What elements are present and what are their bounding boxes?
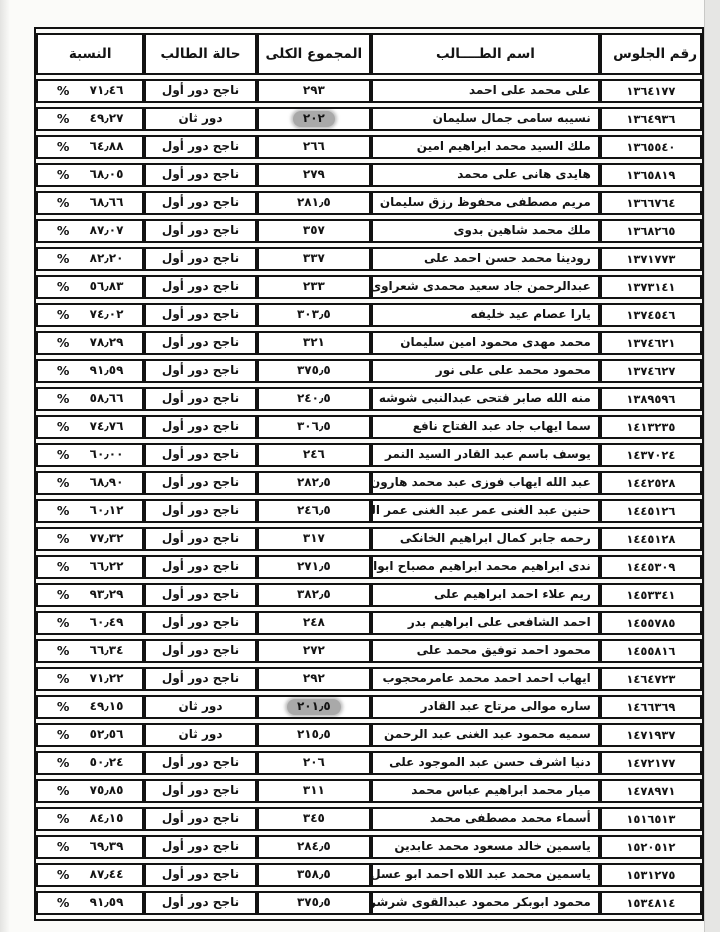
percent-wrap: % ٧٥٫٨٥ [38,784,142,798]
percent-sign: % [57,616,70,630]
percent-wrap: % ٧٤٫٧٦ [38,420,142,434]
status-cell: ناجح دور أول [144,611,256,635]
student-name-cell: ياسمين خالد مسعود محمد عابدين [371,835,600,859]
percent-sign: % [57,140,70,154]
total-score-value: ٣٠٦٫٥ [287,419,341,434]
status-cell: ناجح دور أول [144,163,256,187]
total-score-cell: ٢٩٢ [257,667,371,691]
status-cell: ناجح دور أول [144,807,256,831]
table-row: ١٥٢٠٥١٢ ياسمين خالد مسعود محمد عابدين ٢٨… [36,835,702,859]
table-row: ١٣٧٣١٤١ عبدالرحمن جاد سعيد محمدى شعراوى … [36,275,702,299]
table-row: ١٤١٣٢٣٥ سما ايهاب جاد عبد الفتاح نافع ٣٠… [36,415,702,439]
percent-wrap: % ٥٨٫٦٦ [38,392,142,406]
percent-cell: % ٦٨٫٦٦ [36,191,144,215]
table-row: ١٣٦٤٩٣٦ نسيبه سامى جمال سليمان ٢٠٢ دور ث… [36,107,702,131]
percent-value: ٦٨٫٦٦ [83,196,123,209]
table-row: ١٤٤٥١٢٦ حنين عبد الغنى عمر عبد الغنى عمر… [36,499,702,523]
total-score-cell: ٢٩٣ [257,79,371,103]
total-score-cell: ٢٠٢ [257,107,371,131]
percent-value: ٧٤٫٧٦ [83,420,123,433]
percent-wrap: % ٦٠٫٠٠ [38,448,142,462]
total-score-value: ٣٥٧ [293,223,335,238]
percent-sign: % [57,812,70,826]
total-score-value: ٢٤٠٫٥ [287,391,341,406]
header-percentage: النسبة [36,33,144,75]
total-score-value: ٢٤٦٫٥ [287,503,341,518]
total-score-cell: ٣١٧ [257,527,371,551]
table-row: ١٤٤٢٥٢٨ عبد الله ايهاب فوزى عبد محمد هار… [36,471,702,495]
total-score-value: ٣٣٧ [293,251,335,266]
total-score-value: ٢١٥٫٥ [287,727,341,742]
percent-value: ٦٦٫٣٤ [83,644,123,657]
seat-number-cell: ١٣٦٥٨١٩ [600,163,702,187]
seat-number-cell: ١٤٤٥١٢٦ [600,499,702,523]
total-score-cell: ٢٨٤٫٥ [257,835,371,859]
percent-sign: % [57,168,70,182]
percent-cell: % ٥٠٫٢٤ [36,751,144,775]
percent-cell: % ٧٤٫٧٦ [36,415,144,439]
header-seat-number: رقم الجلوس [600,33,702,75]
percent-sign: % [57,868,70,882]
percent-wrap: % ٧٧٫٣٢ [38,532,142,546]
status-cell: ناجح دور أول [144,835,256,859]
percent-cell: % ٦٠٫٠٠ [36,443,144,467]
percent-value: ٦٠٫١٢ [83,504,123,517]
student-name-cell: دنيا اشرف حسن عبد الموجود على [371,751,600,775]
total-score-value: ٢٠١٫٥ [287,699,341,714]
percent-wrap: % ٦٩٫٣٩ [38,840,142,854]
table-row: ١٣٦٥٥٤٠ ملك السيد محمد ابراهيم امين ٢٦٦ … [36,135,702,159]
percent-value: ٨٧٫٠٧ [83,224,123,237]
seat-number-cell: ١٣٨٩٥٩٦ [600,387,702,411]
student-name-cell: رحمه جابر كمال ابراهيم الخانكى [371,527,600,551]
student-name-cell: سما ايهاب جاد عبد الفتاح نافع [371,415,600,439]
status-cell: ناجح دور أول [144,79,256,103]
percent-value: ٥٢٫٥٦ [83,728,123,741]
status-cell: ناجح دور أول [144,415,256,439]
seat-number-cell: ١٥٣١٢٧٥ [600,863,702,887]
percent-sign: % [57,476,70,490]
percent-sign: % [57,196,70,210]
percent-value: ٩١٫٥٩ [83,364,123,377]
total-score-value: ٢٠٦ [293,755,335,770]
percent-cell: % ٨٧٫٤٤ [36,863,144,887]
percent-value: ٧١٫٤٦ [83,84,123,97]
status-cell: ناجح دور أول [144,331,256,355]
total-score-cell: ٢٤٦ [257,443,371,467]
percent-wrap: % ٦٨٫٦٦ [38,196,142,210]
student-name-cell: عبدالرحمن جاد سعيد محمدى شعراوى [371,275,600,299]
percent-cell: % ٥٦٫٨٣ [36,275,144,299]
seat-number-cell: ١٣٧٤٥٤٦ [600,303,702,327]
table-row: ١٣٨٩٥٩٦ منه الله صابر فتحى عبدالنبى شوشه… [36,387,702,411]
student-name-cell: ريم علاء احمد ابراهيم على [371,583,600,607]
percent-sign: % [57,336,70,350]
status-cell: ناجح دور أول [144,891,256,915]
percent-wrap: % ٦٤٫٨٨ [38,140,142,154]
percent-value: ٦٤٫٨٨ [83,140,123,153]
seat-number-cell: ١٤٤٥١٢٨ [600,527,702,551]
total-score-cell: ٢٧١٫٥ [257,555,371,579]
percent-value: ٧٨٫٢٩ [83,336,123,349]
total-score-value: ٢٧٢ [293,643,335,658]
percent-cell: % ٧١٫٢٢ [36,667,144,691]
percent-sign: % [57,224,70,238]
percent-wrap: % ٩١٫٥٩ [38,364,142,378]
seat-number-cell: ١٣٧٤٦٢١ [600,331,702,355]
seat-number-cell: ١٤٤٥٣٠٩ [600,555,702,579]
status-cell: ناجح دور أول [144,219,256,243]
total-score-value: ٢٨٤٫٥ [287,839,341,854]
percent-wrap: % ٥٢٫٥٦ [38,728,142,742]
percent-wrap: % ٥٠٫٢٤ [38,756,142,770]
status-cell: ناجح دور أول [144,639,256,663]
total-score-value: ٣٨٢٫٥ [287,587,341,602]
student-results-table: رقم الجلوس اسم الطــــالب المجموع الكلى … [36,29,702,919]
percent-sign: % [57,308,70,322]
seat-number-cell: ١٣٦٨٢٦٥ [600,219,702,243]
student-name-cell: احمد الشافعى على ابراهيم بدر [371,611,600,635]
table-row: ١٥٣١٢٧٥ ياسمين محمد عبد اللاه احمد ابو ع… [36,863,702,887]
student-name-cell: محمود محمد على على نور [371,359,600,383]
status-cell: ناجح دور أول [144,247,256,271]
total-score-cell: ٢٨٢٫٥ [257,471,371,495]
table-row: ١٤٦٤٧٢٣ ايهاب احمد احمد محمد عامرمحجوب ٢… [36,667,702,691]
percent-value: ٦٨٫٠٥ [83,168,123,181]
seat-number-cell: ١٣٦٦٧٦٤ [600,191,702,215]
percent-cell: % ٤٩٫٢٧ [36,107,144,131]
status-cell: ناجح دور أول [144,527,256,551]
table-row: ١٣٧١٧٧٣ رودينا محمد حسن احمد على ٣٣٧ ناج… [36,247,702,271]
percent-value: ٦٠٫٤٩ [83,616,123,629]
total-score-value: ٣١٧ [293,531,335,546]
status-cell: ناجح دور أول [144,583,256,607]
student-name-cell: سميه محمود عبد الغنى عبد الرحمن [371,723,600,747]
percent-value: ٤٩٫١٥ [83,700,123,713]
percent-cell: % ٨٧٫٠٧ [36,219,144,243]
total-score-cell: ٢٣٣ [257,275,371,299]
total-score-cell: ٢٠٦ [257,751,371,775]
percent-wrap: % ٩٣٫٢٩ [38,588,142,602]
percent-cell: % ٦٦٫٣٤ [36,639,144,663]
percent-value: ٧٤٫٠٢ [83,308,123,321]
percent-value: ٧٧٫٣٢ [83,532,123,545]
total-score-cell: ٣٧٥٫٥ [257,359,371,383]
total-score-value: ٢٩٣ [293,83,335,98]
seat-number-cell: ١٥٣٤٨١٤ [600,891,702,915]
total-score-cell: ٢٠١٫٥ [257,695,371,719]
percent-value: ٦٨٫٩٠ [83,476,123,489]
student-name-cell: ملك محمد شاهين بدوى [371,219,600,243]
student-name-cell: ياسمين محمد عبد اللاه احمد ابو عسل [371,863,600,887]
header-total-score: المجموع الكلى [257,33,371,75]
total-score-value: ٢٤٦ [293,447,335,462]
student-name-cell: مريم مصطفى محفوظ رزق سليمان [371,191,600,215]
total-score-cell: ٣٨٢٫٥ [257,583,371,607]
total-score-cell: ٢١٥٫٥ [257,723,371,747]
seat-number-cell: ١٣٦٥٥٤٠ [600,135,702,159]
total-score-cell: ٣٢١ [257,331,371,355]
percent-value: ٤٩٫٢٧ [83,112,123,125]
status-cell: ناجح دور أول [144,667,256,691]
percent-cell: % ٦٠٫١٢ [36,499,144,523]
percent-sign: % [57,840,70,854]
status-cell: ناجح دور أول [144,863,256,887]
percent-cell: % ٦٨٫٩٠ [36,471,144,495]
total-score-cell: ٣٤٥ [257,807,371,831]
table-row: ١٣٦٤١٧٧ على محمد على احمد ٢٩٣ ناجح دور أ… [36,79,702,103]
scanned-results-page: رقم الجلوس اسم الطــــالب المجموع الكلى … [0,0,720,932]
status-cell: ناجح دور أول [144,499,256,523]
percent-value: ٨٢٫٢٠ [83,252,123,265]
status-cell: ناجح دور أول [144,471,256,495]
total-score-value: ٢٩٢ [293,671,335,686]
percent-cell: % ٦٦٫٢٢ [36,555,144,579]
table-row: ١٤٣٧٠٢٤ يوسف باسم عبد القادر السيد النمر… [36,443,702,467]
student-name-cell: يارا عصام عيد خليفه [371,303,600,327]
total-score-cell: ٢٤٦٫٥ [257,499,371,523]
total-score-cell: ٢٦٦ [257,135,371,159]
percent-wrap: % ٤٩٫٢٧ [38,112,142,126]
total-score-cell: ٣٠٦٫٥ [257,415,371,439]
seat-number-cell: ١٥٢٠٥١٢ [600,835,702,859]
total-score-value: ٣٥٨٫٥ [287,867,341,882]
percent-cell: % ٦٩٫٣٩ [36,835,144,859]
total-score-value: ٢٦٦ [293,139,335,154]
table-row: ١٤٥٥٨١٦ محمود احمد توفيق محمد على ٢٧٢ نا… [36,639,702,663]
total-score-value: ٢٤٨ [293,615,335,630]
total-score-value: ٢٣٣ [293,279,335,294]
total-score-value: ٣٧٥٫٥ [287,363,341,378]
table-header-row: رقم الجلوس اسم الطــــالب المجموع الكلى … [36,33,702,75]
percent-wrap: % ٦٨٫٩٠ [38,476,142,490]
seat-number-cell: ١٣٦٤١٧٧ [600,79,702,103]
student-name-cell: محمود احمد توفيق محمد على [371,639,600,663]
total-score-value: ٢٧١٫٥ [287,559,341,574]
seat-number-cell: ١٤٧٨٩٧١ [600,779,702,803]
percent-sign: % [57,896,70,910]
seat-number-cell: ١٤٥٥٧٨٥ [600,611,702,635]
percent-cell: % ٥٢٫٥٦ [36,723,144,747]
student-name-cell: عبد الله ايهاب فوزى عبد محمد هارون [371,471,600,495]
scan-left-shadow [0,0,10,932]
percent-sign: % [57,532,70,546]
student-name-cell: هايدى هانى على محمد [371,163,600,187]
percent-sign: % [57,392,70,406]
percent-wrap: % ٦٦٫٢٢ [38,560,142,574]
total-score-cell: ٢٤٨ [257,611,371,635]
percent-sign: % [57,560,70,574]
status-cell: دور ثان [144,695,256,719]
percent-cell: % ٦٠٫٤٩ [36,611,144,635]
percent-value: ٨٤٫١٥ [83,812,123,825]
total-score-cell: ٢٨١٫٥ [257,191,371,215]
seat-number-cell: ١٤٥٥٨١٦ [600,639,702,663]
student-name-cell: محمود ابوبكر محمود عبدالقوى شرشر [371,891,600,915]
percent-cell: % ٦٤٫٨٨ [36,135,144,159]
table-row: ١٤٥٣٣٤١ ريم علاء احمد ابراهيم على ٣٨٢٫٥ … [36,583,702,607]
total-score-cell: ٢٧٩ [257,163,371,187]
table-row: ١٤٤٥٣٠٩ ندى ابراهيم محمد ابراهيم مصباح ا… [36,555,702,579]
percent-value: ٩٣٫٢٩ [83,588,123,601]
results-table-frame: رقم الجلوس اسم الطــــالب المجموع الكلى … [34,27,704,921]
status-cell: ناجح دور أول [144,359,256,383]
total-score-value: ٣٠٣٫٥ [287,307,341,322]
percent-cell: % ٧٧٫٣٢ [36,527,144,551]
percent-sign: % [57,84,70,98]
total-score-value: ٢٨٢٫٥ [287,475,341,490]
percent-sign: % [57,588,70,602]
seat-number-cell: ١٤١٣٢٣٥ [600,415,702,439]
percent-sign: % [57,672,70,686]
percent-sign: % [57,728,70,742]
student-name-cell: ندى ابراهيم محمد ابراهيم مصباح ابواسماعي… [371,555,600,579]
percent-sign: % [57,420,70,434]
table-row: ١٥١٦٥١٣ أسماء محمد مصطفى محمد ٣٤٥ ناجح د… [36,807,702,831]
table-row: ١٣٧٤٦٢١ محمد مهدى محمود امين سليمان ٣٢١ … [36,331,702,355]
percent-wrap: % ٨٤٫١٥ [38,812,142,826]
student-name-cell: نسيبه سامى جمال سليمان [371,107,600,131]
status-cell: ناجح دور أول [144,303,256,327]
percent-sign: % [57,504,70,518]
table-row: ١٤٧٨٩٧١ ميار محمد ابراهيم عباس محمد ٣١١ … [36,779,702,803]
seat-number-cell: ١٤٧٢١٧٧ [600,751,702,775]
seat-number-cell: ١٣٦٤٩٣٦ [600,107,702,131]
percent-cell: % ٩١٫٥٩ [36,359,144,383]
percent-cell: % ٧٤٫٠٢ [36,303,144,327]
percent-cell: % ٤٩٫١٥ [36,695,144,719]
status-cell: ناجح دور أول [144,275,256,299]
student-name-cell: أسماء محمد مصطفى محمد [371,807,600,831]
percent-cell: % ٧١٫٤٦ [36,79,144,103]
results-tbody: ١٣٦٤١٧٧ على محمد على احمد ٢٩٣ ناجح دور أ… [36,79,702,915]
student-name-cell: يوسف باسم عبد القادر السيد النمر [371,443,600,467]
total-score-cell: ٣٧٥٫٥ [257,891,371,915]
seat-number-cell: ١٣٧٤٦٢٧ [600,359,702,383]
table-row: ١٣٧٤٥٤٦ يارا عصام عيد خليفه ٣٠٣٫٥ ناجح د… [36,303,702,327]
student-name-cell: ايهاب احمد احمد محمد عامرمحجوب [371,667,600,691]
student-name-cell: على محمد على احمد [371,79,600,103]
student-name-cell: محمد مهدى محمود امين سليمان [371,331,600,355]
percent-wrap: % ٦٠٫٤٩ [38,616,142,630]
percent-value: ٩١٫٥٩ [83,896,123,909]
percent-wrap: % ٥٦٫٨٣ [38,280,142,294]
total-score-cell: ٢٧٢ [257,639,371,663]
seat-number-cell: ١٤٦٦٣٦٩ [600,695,702,719]
percent-wrap: % ٧٤٫٠٢ [38,308,142,322]
student-name-cell: حنين عبد الغنى عمر عبد الغنى عمر البستان [371,499,600,523]
table-row: ١٤٧١٩٣٧ سميه محمود عبد الغنى عبد الرحمن … [36,723,702,747]
percent-sign: % [57,784,70,798]
percent-wrap: % ٨٧٫٠٧ [38,224,142,238]
student-name-cell: ساره موالى مرتاح عبد القادر [371,695,600,719]
seat-number-cell: ١٣٧١٧٧٣ [600,247,702,271]
percent-wrap: % ٧٨٫٢٩ [38,336,142,350]
percent-wrap: % ٤٩٫١٥ [38,700,142,714]
percent-wrap: % ٨٢٫٢٠ [38,252,142,266]
scan-right-edge [704,0,720,932]
status-cell: ناجح دور أول [144,443,256,467]
status-cell: ناجح دور أول [144,387,256,411]
table-row: ١٤٦٦٣٦٩ ساره موالى مرتاح عبد القادر ٢٠١٫… [36,695,702,719]
percent-value: ٨٧٫٤٤ [83,868,123,881]
table-row: ١٣٦٦٧٦٤ مريم مصطفى محفوظ رزق سليمان ٢٨١٫… [36,191,702,215]
total-score-value: ٣٢١ [293,335,335,350]
seat-number-cell: ١٤٥٣٣٤١ [600,583,702,607]
table-row: ١٣٦٥٨١٩ هايدى هانى على محمد ٢٧٩ ناجح دور… [36,163,702,187]
total-score-cell: ٢٤٠٫٥ [257,387,371,411]
percent-sign: % [57,252,70,266]
seat-number-cell: ١٤٣٧٠٢٤ [600,443,702,467]
seat-number-cell: ١٤٧١٩٣٧ [600,723,702,747]
percent-cell: % ٨٢٫٢٠ [36,247,144,271]
status-cell: دور ثان [144,107,256,131]
status-cell: دور ثان [144,723,256,747]
percent-sign: % [57,644,70,658]
seat-number-cell: ١٤٤٢٥٢٨ [600,471,702,495]
percent-value: ٦٦٫٢٢ [83,560,123,573]
status-cell: ناجح دور أول [144,191,256,215]
header-student-name: اسم الطــــالب [371,33,600,75]
percent-sign: % [57,280,70,294]
status-cell: ناجح دور أول [144,135,256,159]
student-name-cell: ميار محمد ابراهيم عباس محمد [371,779,600,803]
student-name-cell: رودينا محمد حسن احمد على [371,247,600,271]
status-cell: ناجح دور أول [144,779,256,803]
percent-value: ٧١٫٢٢ [83,672,123,685]
table-row: ١٤٤٥١٢٨ رحمه جابر كمال ابراهيم الخانكى ٣… [36,527,702,551]
percent-value: ٧٥٫٨٥ [83,784,123,797]
total-score-value: ٣١١ [293,783,335,798]
percent-value: ٥٦٫٨٣ [83,280,123,293]
percent-cell: % ٧٨٫٢٩ [36,331,144,355]
total-score-cell: ٣٣٧ [257,247,371,271]
percent-cell: % ٨٤٫١٥ [36,807,144,831]
percent-sign: % [57,112,70,126]
percent-value: ٦٩٫٣٩ [83,840,123,853]
percent-wrap: % ٧١٫٤٦ [38,84,142,98]
table-row: ١٤٥٥٧٨٥ احمد الشافعى على ابراهيم بدر ٢٤٨… [36,611,702,635]
percent-value: ٦٠٫٠٠ [83,448,123,461]
seat-number-cell: ١٣٧٣١٤١ [600,275,702,299]
percent-value: ٥٨٫٦٦ [83,392,123,405]
percent-sign: % [57,448,70,462]
table-row: ١٥٣٤٨١٤ محمود ابوبكر محمود عبدالقوى شرشر… [36,891,702,915]
total-score-value: ٢٨١٫٥ [287,195,341,210]
percent-wrap: % ٦٦٫٣٤ [38,644,142,658]
percent-cell: % ٥٨٫٦٦ [36,387,144,411]
percent-wrap: % ٦٠٫١٢ [38,504,142,518]
student-name-cell: منه الله صابر فتحى عبدالنبى شوشه [371,387,600,411]
percent-cell: % ٦٨٫٠٥ [36,163,144,187]
student-name-cell: ملك السيد محمد ابراهيم امين [371,135,600,159]
total-score-value: ٣٤٥ [293,811,335,826]
table-row: ١٣٧٤٦٢٧ محمود محمد على على نور ٣٧٥٫٥ ناج… [36,359,702,383]
percent-sign: % [57,700,70,714]
table-row: ١٣٦٨٢٦٥ ملك محمد شاهين بدوى ٣٥٧ ناجح دور… [36,219,702,243]
total-score-cell: ٣٠٣٫٥ [257,303,371,327]
status-cell: ناجح دور أول [144,751,256,775]
percent-wrap: % ٩١٫٥٩ [38,896,142,910]
percent-wrap: % ٦٨٫٠٥ [38,168,142,182]
total-score-value: ٣٧٥٫٥ [287,895,341,910]
seat-number-cell: ١٤٦٤٧٢٣ [600,667,702,691]
header-status: حالة الطالب [144,33,256,75]
table-row: ١٤٧٢١٧٧ دنيا اشرف حسن عبد الموجود على ٢٠… [36,751,702,775]
percent-sign: % [57,756,70,770]
percent-cell: % ٩١٫٥٩ [36,891,144,915]
percent-sign: % [57,364,70,378]
